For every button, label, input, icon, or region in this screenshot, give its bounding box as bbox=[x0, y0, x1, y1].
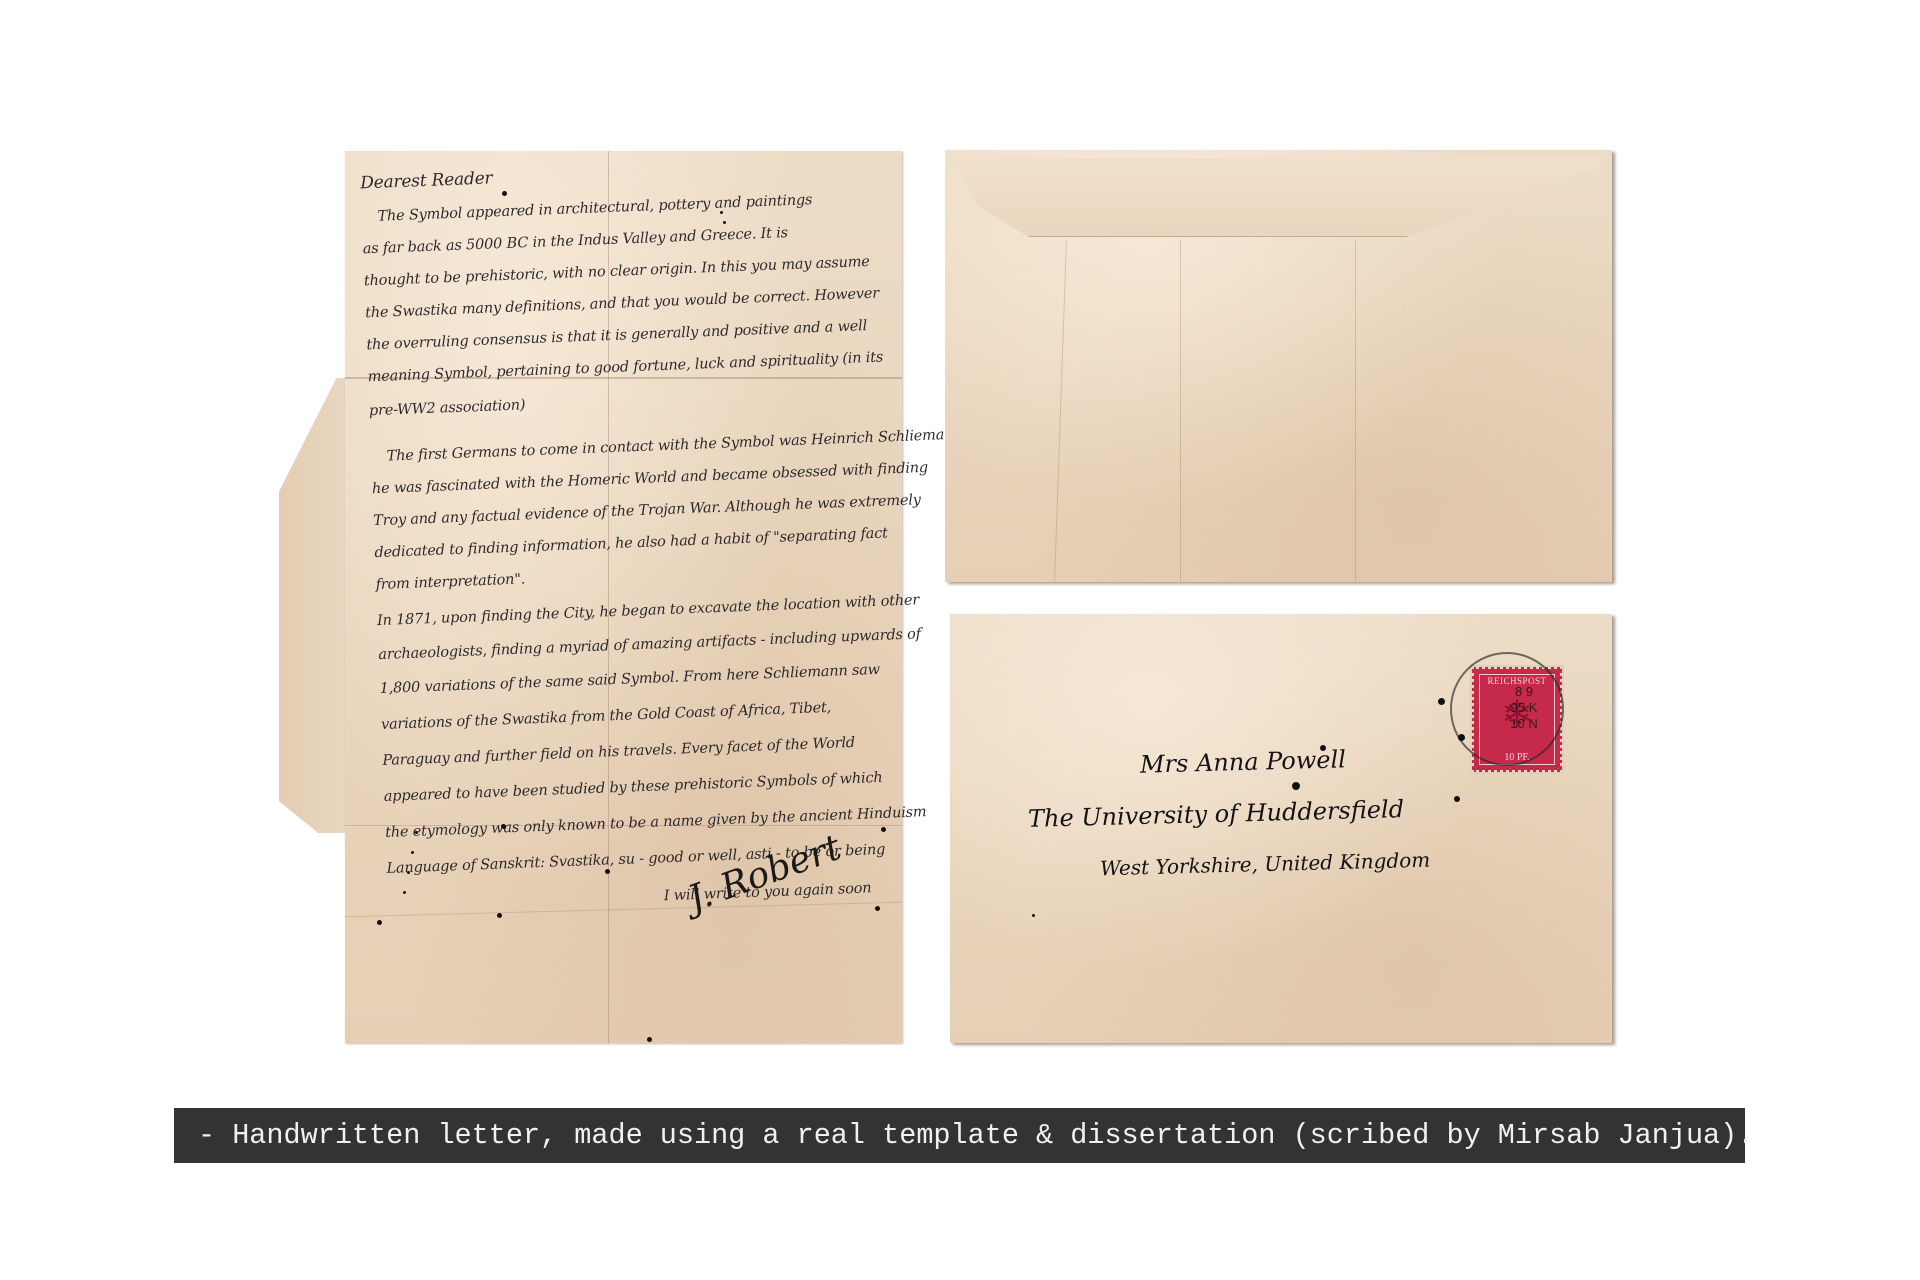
postmark-text: 8 9 95 K 10 N bbox=[1504, 684, 1544, 732]
ink-blot bbox=[1438, 698, 1445, 705]
fold-crease bbox=[1355, 240, 1356, 582]
ink-blot bbox=[407, 871, 410, 874]
ink-blot bbox=[1454, 796, 1460, 802]
postmark-line: 10 N bbox=[1504, 716, 1544, 732]
handwritten-letter: Dearest Reader The Symbol appeared in ar… bbox=[345, 151, 902, 1043]
ink-blot bbox=[720, 211, 723, 214]
ink-blot bbox=[875, 906, 880, 911]
letter-line: pre-WW2 association) bbox=[368, 390, 525, 426]
letter-line: from interpretation". bbox=[375, 564, 526, 600]
letter-greeting: Dearest Reader bbox=[360, 163, 493, 198]
ink-blot bbox=[497, 913, 502, 918]
recipient-organization: The University of Huddersfield bbox=[1028, 795, 1405, 833]
fold-crease bbox=[1054, 240, 1067, 582]
fold-crease bbox=[1180, 240, 1181, 582]
postmark-line: 95 K bbox=[1504, 700, 1544, 716]
ink-blot bbox=[647, 1037, 652, 1042]
envelope-front: Mrs Anna Powell The University of Hudder… bbox=[950, 614, 1612, 1043]
recipient-region: West Yorkshire, United Kingdom bbox=[1100, 848, 1431, 881]
postmark-line: 8 9 bbox=[1504, 684, 1544, 700]
ink-blot bbox=[415, 831, 418, 834]
caption-bar: - Handwritten letter, made using a real … bbox=[174, 1108, 1745, 1163]
ink-blot bbox=[881, 827, 886, 832]
ink-blot bbox=[1292, 782, 1300, 790]
envelope-back bbox=[945, 150, 1612, 582]
letter-side-flap bbox=[279, 378, 349, 833]
letter-text-block: Dearest Reader The Symbol appeared in ar… bbox=[345, 130, 902, 151]
ink-blot bbox=[377, 920, 382, 925]
postmark: 8 9 95 K 10 N bbox=[1450, 652, 1564, 766]
ink-blot bbox=[1032, 914, 1035, 917]
ink-blot bbox=[411, 851, 414, 854]
envelope-flap bbox=[951, 158, 1601, 237]
ink-blot bbox=[1458, 734, 1465, 741]
recipient-name: Mrs Anna Powell bbox=[1140, 745, 1347, 778]
ink-blot bbox=[403, 891, 406, 894]
ink-blot bbox=[605, 869, 610, 874]
ink-blot bbox=[1320, 745, 1326, 751]
ink-blot bbox=[723, 221, 726, 224]
ink-blot bbox=[501, 824, 506, 829]
ink-blot bbox=[502, 191, 507, 196]
